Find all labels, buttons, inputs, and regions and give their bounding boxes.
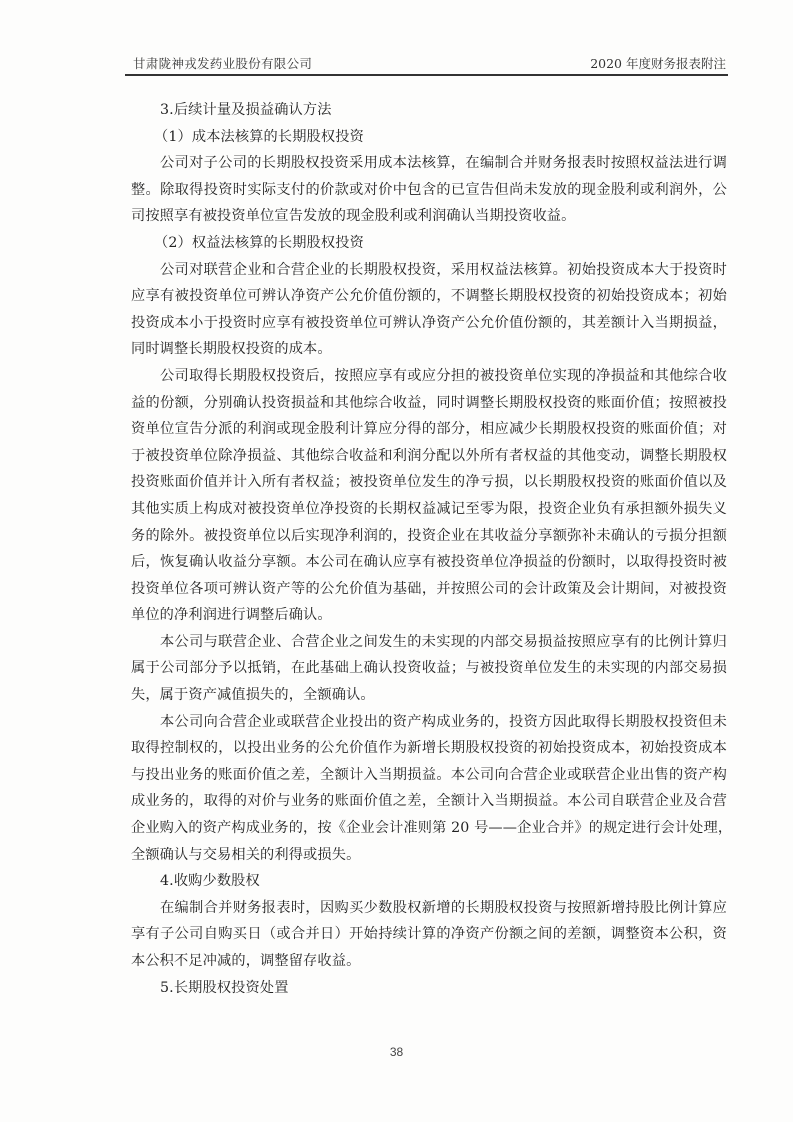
paragraph-line: 务的除外。被投资单位以后实现净利润的，投资企业在其收益分享额弥补未确认的亏损分担… <box>131 523 727 550</box>
paragraph-line: 失，属于资产减值损失的，全额确认。 <box>131 682 727 709</box>
section-heading: 3.后续计量及损益确认方法 <box>131 97 727 124</box>
paragraph-line: 投资单位各项可辨认资产等的公允价值为基础，并按照公司的会计政策及会计期间，对被投… <box>131 576 727 603</box>
paragraph-line: 公司取得长期股权投资后，按照应享有或应分担的被投资单位实现的净损益和其他综合收 <box>131 363 727 390</box>
paragraph-line: 益的份额，分别确认投资损益和其他综合收益，同时调整长期股权投资的账面价值；按照被… <box>131 390 727 417</box>
paragraph-line: 单位的净利润进行调整后确认。 <box>131 602 727 629</box>
paragraph-line: 本公司向合营企业或联营企业投出的资产构成业务的，投资方因此取得长期股权投资但未 <box>131 709 727 736</box>
paragraph-line: 投资成本小于投资时应享有被投资单位可辨认净资产公允价值份额的，其差额计入当期损益… <box>131 310 727 337</box>
paragraph-line: 同时调整长期股权投资的成本。 <box>131 336 727 363</box>
paragraph-line: 其他实质上构成对被投资单位净投资的长期权益减记至零为限，投资企业负有承担额外损失… <box>131 496 727 523</box>
paragraph-line: 司按照享有被投资单位宣告发放的现金股利或利润确认当期投资收益。 <box>131 203 727 230</box>
document-body: 3.后续计量及损益确认方法 （1）成本法核算的长期股权投资 公司对子公司的长期股… <box>131 97 727 1001</box>
paragraph-line: 投资账面价值并计入所有者权益；被投资单位发生的净亏损，以长期股权投资的账面价值以… <box>131 469 727 496</box>
paragraph-line: 全额确认与交易相关的利得或损失。 <box>131 842 727 869</box>
paragraph-line: 属于公司部分予以抵销，在此基础上确认投资收益；与被投资单位发生的未实现的内部交易… <box>131 655 727 682</box>
company-name: 甘肃陇神戎发药业股份有限公司 <box>133 54 312 72</box>
paragraph-line: 在编制合并财务报表时，因购买少数股权新增的长期股权投资与按照新增持股比例计算应 <box>131 895 727 922</box>
page-number: 38 <box>0 1045 793 1059</box>
section-heading: 4.收购少数股权 <box>131 868 727 895</box>
paragraph-line: 成业务的，取得的对价与业务的账面价值之差，全额计入当期损益。本公司自联营企业及合… <box>131 788 727 815</box>
subsection-heading: （2）权益法核算的长期股权投资 <box>131 230 727 257</box>
paragraph-line: 整。除取得投资时实际支付的价款或对价中包含的已宣告但尚未发放的现金股利或利润外，… <box>131 177 727 204</box>
paragraph-line: 企业购入的资产构成业务的，按《企业会计准则第 20 号——企业合并》的规定进行会… <box>131 815 727 842</box>
paragraph-line: 与投出业务的账面价值之差，全额计入当期损益。本公司向合营企业或联营企业出售的资产… <box>131 762 727 789</box>
paragraph-line: 享有子公司自购买日（或合并日）开始持续计算的净资产份额之间的差额，调整资本公积，… <box>131 921 727 948</box>
section-heading: 5.长期股权投资处置 <box>131 975 727 1002</box>
paragraph-line: 公司对联营企业和合营企业的长期股权投资，采用权益法核算。初始投资成本大于投资时 <box>131 257 727 284</box>
paragraph-line: 应享有被投资单位可辨认净资产公允价值份额的，不调整长期股权投资的初始投资成本；初… <box>131 283 727 310</box>
subsection-heading: （1）成本法核算的长期股权投资 <box>131 124 727 151</box>
paragraph-line: 后，恢复确认收益分享额。本公司在确认应享有被投资单位净损益的份额时，以取得投资时… <box>131 549 727 576</box>
paragraph-line: 取得控制权的，以投出业务的公允价值作为新增长期股权投资的初始投资成本，初始投资成… <box>131 735 727 762</box>
paragraph-line: 资单位宣告分派的利润或现金股利计算应分得的部分，相应减少长期股权投资的账面价值；… <box>131 416 727 443</box>
paragraph-line: 本公积不足冲减的，调整留存收益。 <box>131 948 727 975</box>
page-header: 甘肃陇神戎发药业股份有限公司 2020 年度财务报表附注 <box>125 52 728 76</box>
paragraph-line: 本公司与联营企业、合营企业之间发生的未实现的内部交易损益按照应享有的比例计算归 <box>131 629 727 656</box>
paragraph-line: 公司对子公司的长期股权投资采用成本法核算，在编制合并财务报表时按照权益法进行调 <box>131 150 727 177</box>
paragraph-line: 于被投资单位除净损益、其他综合收益和利润分配以外所有者权益的其他变动，调整长期股… <box>131 443 727 470</box>
report-title: 2020 年度财务报表附注 <box>590 54 726 72</box>
